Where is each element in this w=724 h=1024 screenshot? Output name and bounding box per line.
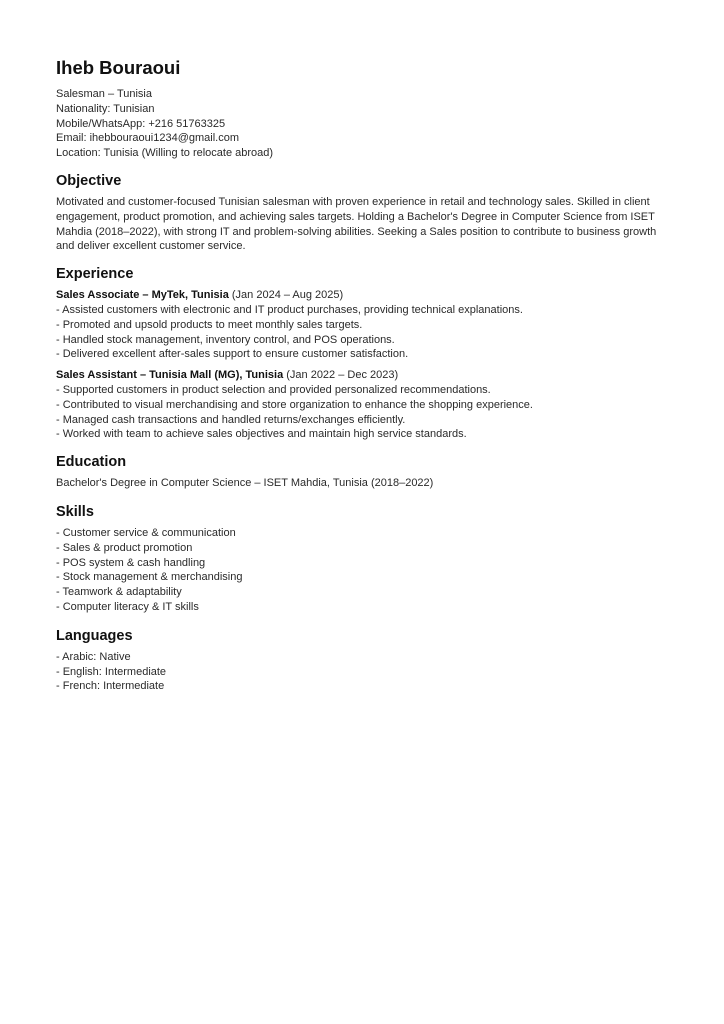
skill-item: - Computer literacy & IT skills xyxy=(56,600,676,615)
job-entry: Sales Associate – MyTek, Tunisia (Jan 20… xyxy=(56,288,676,362)
section-title-education: Education xyxy=(56,453,676,471)
education-entry: Bachelor's Degree in Computer Science – … xyxy=(56,476,676,491)
job-heading: Sales Associate – MyTek, Tunisia (Jan 20… xyxy=(56,288,676,303)
section-title-experience: Experience xyxy=(56,265,676,283)
skill-item: - Sales & product promotion xyxy=(56,541,676,556)
location-line: Location: Tunisia (Willing to relocate a… xyxy=(56,146,676,161)
job-bullet: - Assisted customers with electronic and… xyxy=(56,303,676,318)
skill-item: - Teamwork & adaptability xyxy=(56,585,676,600)
skills-section: Skills - Customer service & communicatio… xyxy=(56,503,676,615)
objective-section: Objective Motivated and customer-focused… xyxy=(56,172,676,254)
job-bullet: - Handled stock management, inventory co… xyxy=(56,333,676,348)
section-title-languages: Languages xyxy=(56,627,676,645)
job-role: Sales Associate – MyTek, Tunisia xyxy=(56,289,229,301)
job-bullet: - Supported customers in product selecti… xyxy=(56,383,676,398)
job-bullet: - Managed cash transactions and handled … xyxy=(56,413,676,428)
job-bullet: - Contributed to visual merchandising an… xyxy=(56,398,676,413)
skill-item: - Stock management & merchandising xyxy=(56,570,676,585)
job-dates: (Jan 2022 – Dec 2023) xyxy=(283,369,398,381)
contact-block: Salesman – Tunisia Nationality: Tunisian… xyxy=(56,87,676,161)
job-entry: Sales Assistant – Tunisia Mall (MG), Tun… xyxy=(56,368,676,442)
job-bullet: - Promoted and upsold products to meet m… xyxy=(56,318,676,333)
job-bullet: - Delivered excellent after-sales suppor… xyxy=(56,347,676,362)
language-item: - English: Intermediate xyxy=(56,665,676,680)
education-section: Education Bachelor's Degree in Computer … xyxy=(56,453,676,491)
candidate-name: Iheb Bouraoui xyxy=(56,57,676,79)
languages-section: Languages - Arabic: Native - English: In… xyxy=(56,627,676,694)
language-item: - Arabic: Native xyxy=(56,650,676,665)
phone-line: Mobile/WhatsApp: +216 51763325 xyxy=(56,117,676,132)
resume-page: Iheb Bouraoui Salesman – Tunisia Nationa… xyxy=(56,57,676,694)
skill-item: - POS system & cash handling xyxy=(56,556,676,571)
job-dates: (Jan 2024 – Aug 2025) xyxy=(229,289,343,301)
experience-section: Experience Sales Associate – MyTek, Tuni… xyxy=(56,265,676,442)
email-line: Email: ihebbouraoui1234@gmail.com xyxy=(56,131,676,146)
job-role: Sales Assistant – Tunisia Mall (MG), Tun… xyxy=(56,369,283,381)
section-title-objective: Objective xyxy=(56,172,676,190)
job-bullet: - Worked with team to achieve sales obje… xyxy=(56,427,676,442)
section-title-skills: Skills xyxy=(56,503,676,521)
nationality-line: Nationality: Tunisian xyxy=(56,102,676,117)
job-heading: Sales Assistant – Tunisia Mall (MG), Tun… xyxy=(56,368,676,383)
objective-text: Motivated and customer-focused Tunisian … xyxy=(56,195,671,254)
language-item: - French: Intermediate xyxy=(56,679,676,694)
skill-item: - Customer service & communication xyxy=(56,526,676,541)
job-title-line: Salesman – Tunisia xyxy=(56,87,676,102)
